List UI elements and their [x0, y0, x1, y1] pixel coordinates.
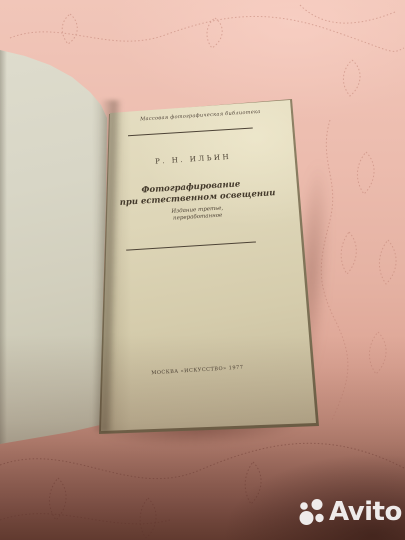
open-book-photo: Массовая фотографическая библиотека Р. Н…: [0, 0, 405, 540]
photo-vignette: [0, 0, 405, 540]
avito-watermark: Avito: [297, 497, 402, 527]
avito-wordmark: Avito: [329, 497, 402, 527]
avito-dots-icon: [297, 497, 327, 527]
